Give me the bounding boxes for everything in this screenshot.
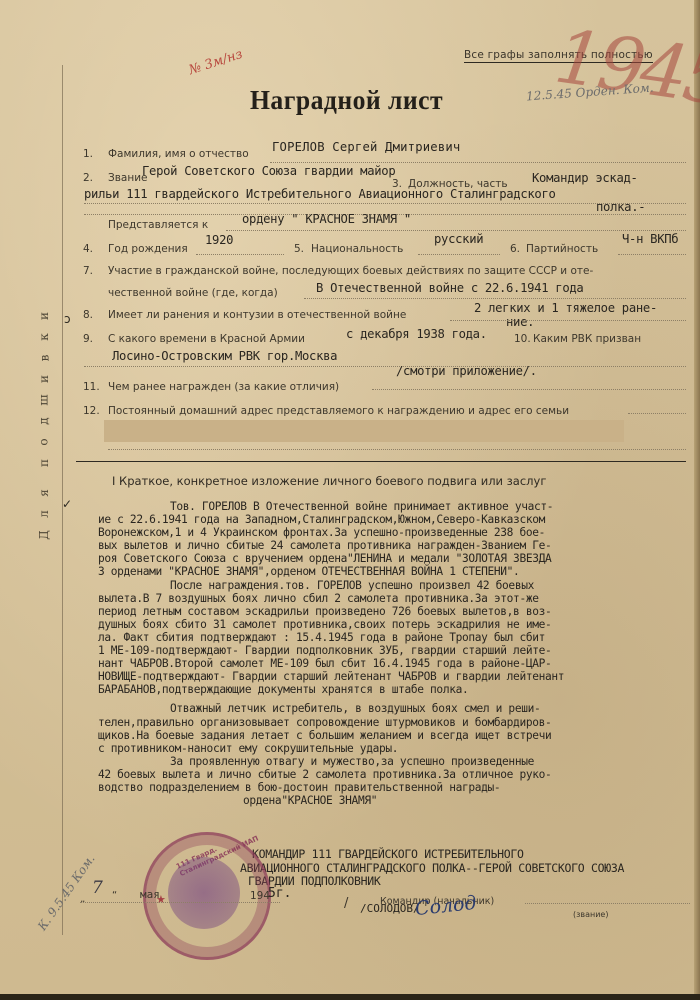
field-7-value: В Отечественной войне с 22.6.1941 года: [316, 281, 583, 295]
field-7-number: 7.: [83, 265, 93, 277]
narrative-line: телен,правильно организовывает сопровожд…: [98, 716, 693, 729]
date-year-suffix: 5г.: [268, 886, 291, 901]
field-12-underline-2: [108, 449, 686, 450]
narrative-line: НОВИЩЕ-подтверждают- Гвардии старший лей…: [98, 670, 693, 683]
field-11-value: /смотри приложение/.: [396, 364, 537, 378]
field-2-value: Герой Советского Союза гвардии майор: [142, 164, 395, 178]
field-4-underline: [196, 254, 284, 255]
field-12-label: Постоянный домашний адрес представляемог…: [108, 405, 569, 417]
field-11-number: 11.: [83, 381, 100, 393]
narrative-line: водство подразделением в бою-достоин пра…: [98, 781, 693, 794]
narrative-line: ие с 22.6.1941 года на Западном,Сталингр…: [98, 513, 693, 526]
date-close-quote: “: [112, 890, 117, 901]
field-12-number: 12.: [83, 405, 100, 417]
field-4-number: 4.: [83, 243, 93, 255]
field-8-label: Имеет ли ранения и контузии в отечествен…: [108, 309, 406, 321]
field-7-underline: [304, 298, 686, 299]
binding-letter: и: [38, 312, 50, 320]
field-1-number: 1.: [83, 148, 93, 160]
field-3-continuation: рильи 111 гвардейского Истребительного А…: [84, 187, 556, 201]
field-5-value: русский: [434, 232, 483, 246]
field-6-number: 6.: [510, 243, 520, 255]
narrative-line: 3 орденами "КРАСНОЕ ЗНАМЯ",орденом ОТЕЧЕ…: [98, 565, 693, 578]
field-4-label: Год рождения: [108, 243, 188, 255]
red-year-mark: 1945: [550, 13, 700, 122]
field-3-continuation-2: полка.-: [596, 200, 645, 214]
stamp-emblem-icon: [168, 857, 240, 929]
merit-narrative: Тов. ГОРЕЛОВ В Отечественной войне прини…: [98, 500, 693, 807]
narrative-line: роя Советского Союза с вручением ордена"…: [98, 552, 693, 565]
presented-to-underline: [226, 230, 686, 231]
section-divider: [76, 461, 686, 462]
field-1-value: ГОРЕЛОВ Сергей Дмитриевич: [272, 140, 460, 154]
field-6-underline: [618, 254, 686, 255]
field-8-continuation: ние.: [506, 315, 534, 329]
check-mark-icon: ✓: [62, 497, 72, 511]
field-6-label: Партийность: [526, 243, 598, 255]
field-6-value: Ч-н ВКПб: [622, 232, 678, 246]
binding-letter: о: [38, 438, 50, 445]
narrative-line: ла. Факт сбития подтверждают : 15.4.1945…: [98, 631, 693, 644]
field-9-label: С какого времени в Красной Армии: [108, 333, 305, 345]
field-4-value: 1920: [205, 233, 233, 247]
binding-letter: ш: [38, 394, 50, 405]
narrative-line: За проявленную отвагу и мужество,за успе…: [98, 755, 693, 768]
field-10-value: Лосино-Островским РВК гор.Москва: [112, 349, 337, 363]
date-open-quote: „: [80, 894, 85, 905]
field-10-underline: [84, 366, 686, 367]
date-day: 7: [92, 878, 103, 898]
field-5-underline: [418, 254, 500, 255]
narrative-line: Тов. ГОРЕЛОВ В Отечественной войне прини…: [98, 500, 693, 513]
paper-edge: [694, 0, 700, 1000]
field-3-value: Командир эскад-: [532, 171, 638, 185]
field-11-label: Чем ранее награжден (за какие отличия): [108, 381, 339, 393]
field-10-number: 10.: [514, 333, 531, 345]
signed-name: /СОЛОДОВ/: [360, 902, 420, 915]
narrative-line: душных боях сбито 31 самолет противника,…: [98, 618, 693, 631]
field-8-value: 2 легких и 1 тяжелое ране-: [474, 301, 657, 315]
award-sheet: Д л я п о д ш и в к и Все графы заполнят…: [0, 0, 700, 1000]
rank-label: (звание): [573, 910, 608, 919]
narrative-line: вых вылетов и лично сбитые 24 самолета п…: [98, 539, 693, 552]
narrative-line: с противником-наносит ему сокрушительные…: [98, 742, 693, 755]
binding-letter: п: [38, 459, 50, 467]
field-8-number: 8.: [83, 309, 93, 321]
binding-letter: к: [38, 333, 50, 341]
field-10-label: Каким РВК призван: [533, 333, 641, 345]
date-month: мая: [140, 888, 160, 901]
pencil-bottom-note: К. 9.5.45 Ком.: [35, 852, 98, 933]
narrative-line: нант ЧАБРОВ.Второй самолет МЕ-109 был сб…: [98, 657, 693, 670]
binding-letter: д: [38, 417, 50, 424]
field-11-underline: [372, 389, 686, 390]
rank-underline: [525, 903, 690, 904]
narrative-line: Отважный летчик истребитель, в воздушных…: [98, 702, 693, 715]
narrative-line: вылета.В 7 воздушных боях лично сбил 2 с…: [98, 592, 693, 605]
narrative-line: 42 боевых вылета и лично сбитые 2 самоле…: [98, 768, 693, 781]
binding-letter: в: [38, 355, 50, 362]
field-7-label-2: чественной войне (где, когда): [108, 287, 278, 299]
binding-letter: я: [38, 489, 50, 497]
field-1-underline: [270, 162, 686, 163]
field-2-number: 2.: [83, 172, 93, 184]
presented-to-label: Представляется к: [108, 219, 208, 231]
commander-title-line: КОМАНДИР 111 ГВАРДЕЙСКОГО ИСТРЕБИТЕЛЬНОГ…: [240, 848, 690, 862]
field-8-underline: [450, 320, 686, 321]
binding-letter: л: [38, 510, 50, 518]
field-1-label: Фамилия, имя о отчество: [108, 148, 249, 160]
check-mark-icon: ɔ: [64, 312, 71, 326]
field-5-number: 5.: [294, 243, 304, 255]
narrative-line: После награждения.тов. ГОРЕЛОВ успешно п…: [98, 579, 693, 592]
narrative-line: Воронежском,1 и 4 Украинском фронтах.За …: [98, 526, 693, 539]
narrative-line: период летным составом эскадрильи произв…: [98, 605, 693, 618]
binding-letter: и: [38, 375, 50, 383]
commander-signature-block: КОМАНДИР 111 ГВАРДЕЙСКОГО ИСТРЕБИТЕЛЬНОГ…: [240, 848, 690, 889]
narrative-line: БАРАБАНОВ,подтверждающие документы храня…: [98, 683, 693, 696]
presented-to-value: ордену " КРАСНОЕ ЗНАМЯ ": [242, 212, 411, 226]
field-5-label: Национальность: [311, 243, 403, 255]
section-heading: I Краткое, конкретное изложение личного …: [112, 474, 546, 488]
binding-letter: Д: [38, 530, 50, 540]
narrative-line: щиков.На боевые задания летает с большим…: [98, 729, 693, 742]
field-12-underline: [628, 413, 686, 414]
date-underline: [80, 902, 280, 903]
narrative-line: 1 МЕ-109-подтверждают- Гвардии подполков…: [98, 644, 693, 657]
field-9-value: с декабря 1938 года.: [346, 327, 487, 341]
narrative-line: ордена"КРАСНОЕ ЗНАМЯ": [98, 794, 693, 807]
commander-title-line: ГВАРДИИ ПОДПОЛКОВНИК: [240, 875, 690, 889]
paper-bottom-edge: [0, 994, 700, 1000]
red-registry-annotation: № 3м/нз: [187, 47, 244, 78]
commander-title-line: АВИАЦИОННОГО СТАЛИНГРАДСКОГО ПОЛКА--ГЕРО…: [240, 862, 690, 876]
page-title: Наградной лист: [250, 85, 443, 116]
redacted-address: [104, 420, 624, 442]
binding-margin-label: Д л я п о д ш и в к и: [36, 310, 52, 541]
field-7-label: Участие в гражданской войне, последующих…: [108, 265, 593, 277]
field-9-number: 9.: [83, 333, 93, 345]
slash-mark: /: [344, 896, 348, 911]
